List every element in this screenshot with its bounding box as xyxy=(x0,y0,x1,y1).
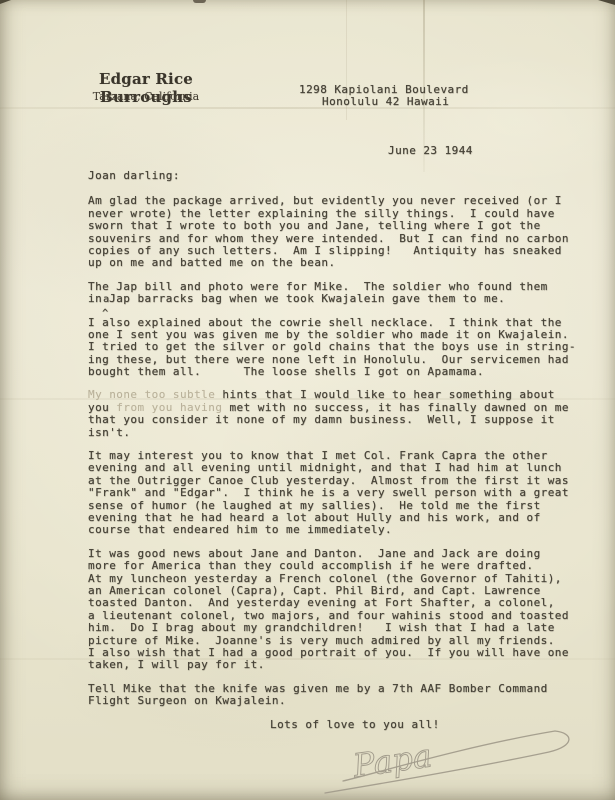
text-line: bought them all. The loose shells I got … xyxy=(88,366,600,378)
paragraph: Am glad the package arrived, but evident… xyxy=(88,195,600,269)
signature-svg: Papa xyxy=(315,722,593,800)
paragraph: Tell Mike that the knife was given me by… xyxy=(88,683,600,708)
paragraph: The Jap bill and photo were for Mike. Th… xyxy=(88,281,600,306)
sender-address: 1298 Kapiolani Boulevard Honolulu 42 Haw… xyxy=(299,84,469,109)
text-line: taken, I will pay for it. xyxy=(88,659,600,671)
signature: Papa xyxy=(315,722,593,800)
text-line: ina^Jap barracks bag when we took Kwajal… xyxy=(88,293,600,305)
text-line: course that endeared him to me immediate… xyxy=(88,524,600,536)
paragraph: I also explained about the cowrie shell … xyxy=(88,317,600,379)
address-line-2: Honolulu 42 Hawaii xyxy=(299,96,469,108)
paragraph: My none too subtle hints that I would li… xyxy=(88,389,600,439)
letterhead-location: Tarzana, California xyxy=(64,90,228,103)
text-line: isn't. xyxy=(88,427,600,439)
letter-body-paragraphs: Am glad the package arrived, but evident… xyxy=(88,195,600,707)
text-line: Flight Surgeon on Kwajalein. xyxy=(88,695,600,707)
signature-text: Papa xyxy=(350,736,434,785)
letter-date: June 23 1944 xyxy=(388,145,473,157)
text-line: that you consider it none of my damn bus… xyxy=(88,414,600,426)
letter-body: Joan darling: Am glad the package arrive… xyxy=(88,170,600,732)
paragraph: It was good news about Jane and Danton. … xyxy=(88,548,600,672)
greeting: Joan darling: xyxy=(88,170,600,182)
paragraph: It may interest you to know that I met C… xyxy=(88,450,600,537)
text-line: up on me and batted me on the bean. xyxy=(88,257,600,269)
scan-edge-notch xyxy=(193,0,206,3)
